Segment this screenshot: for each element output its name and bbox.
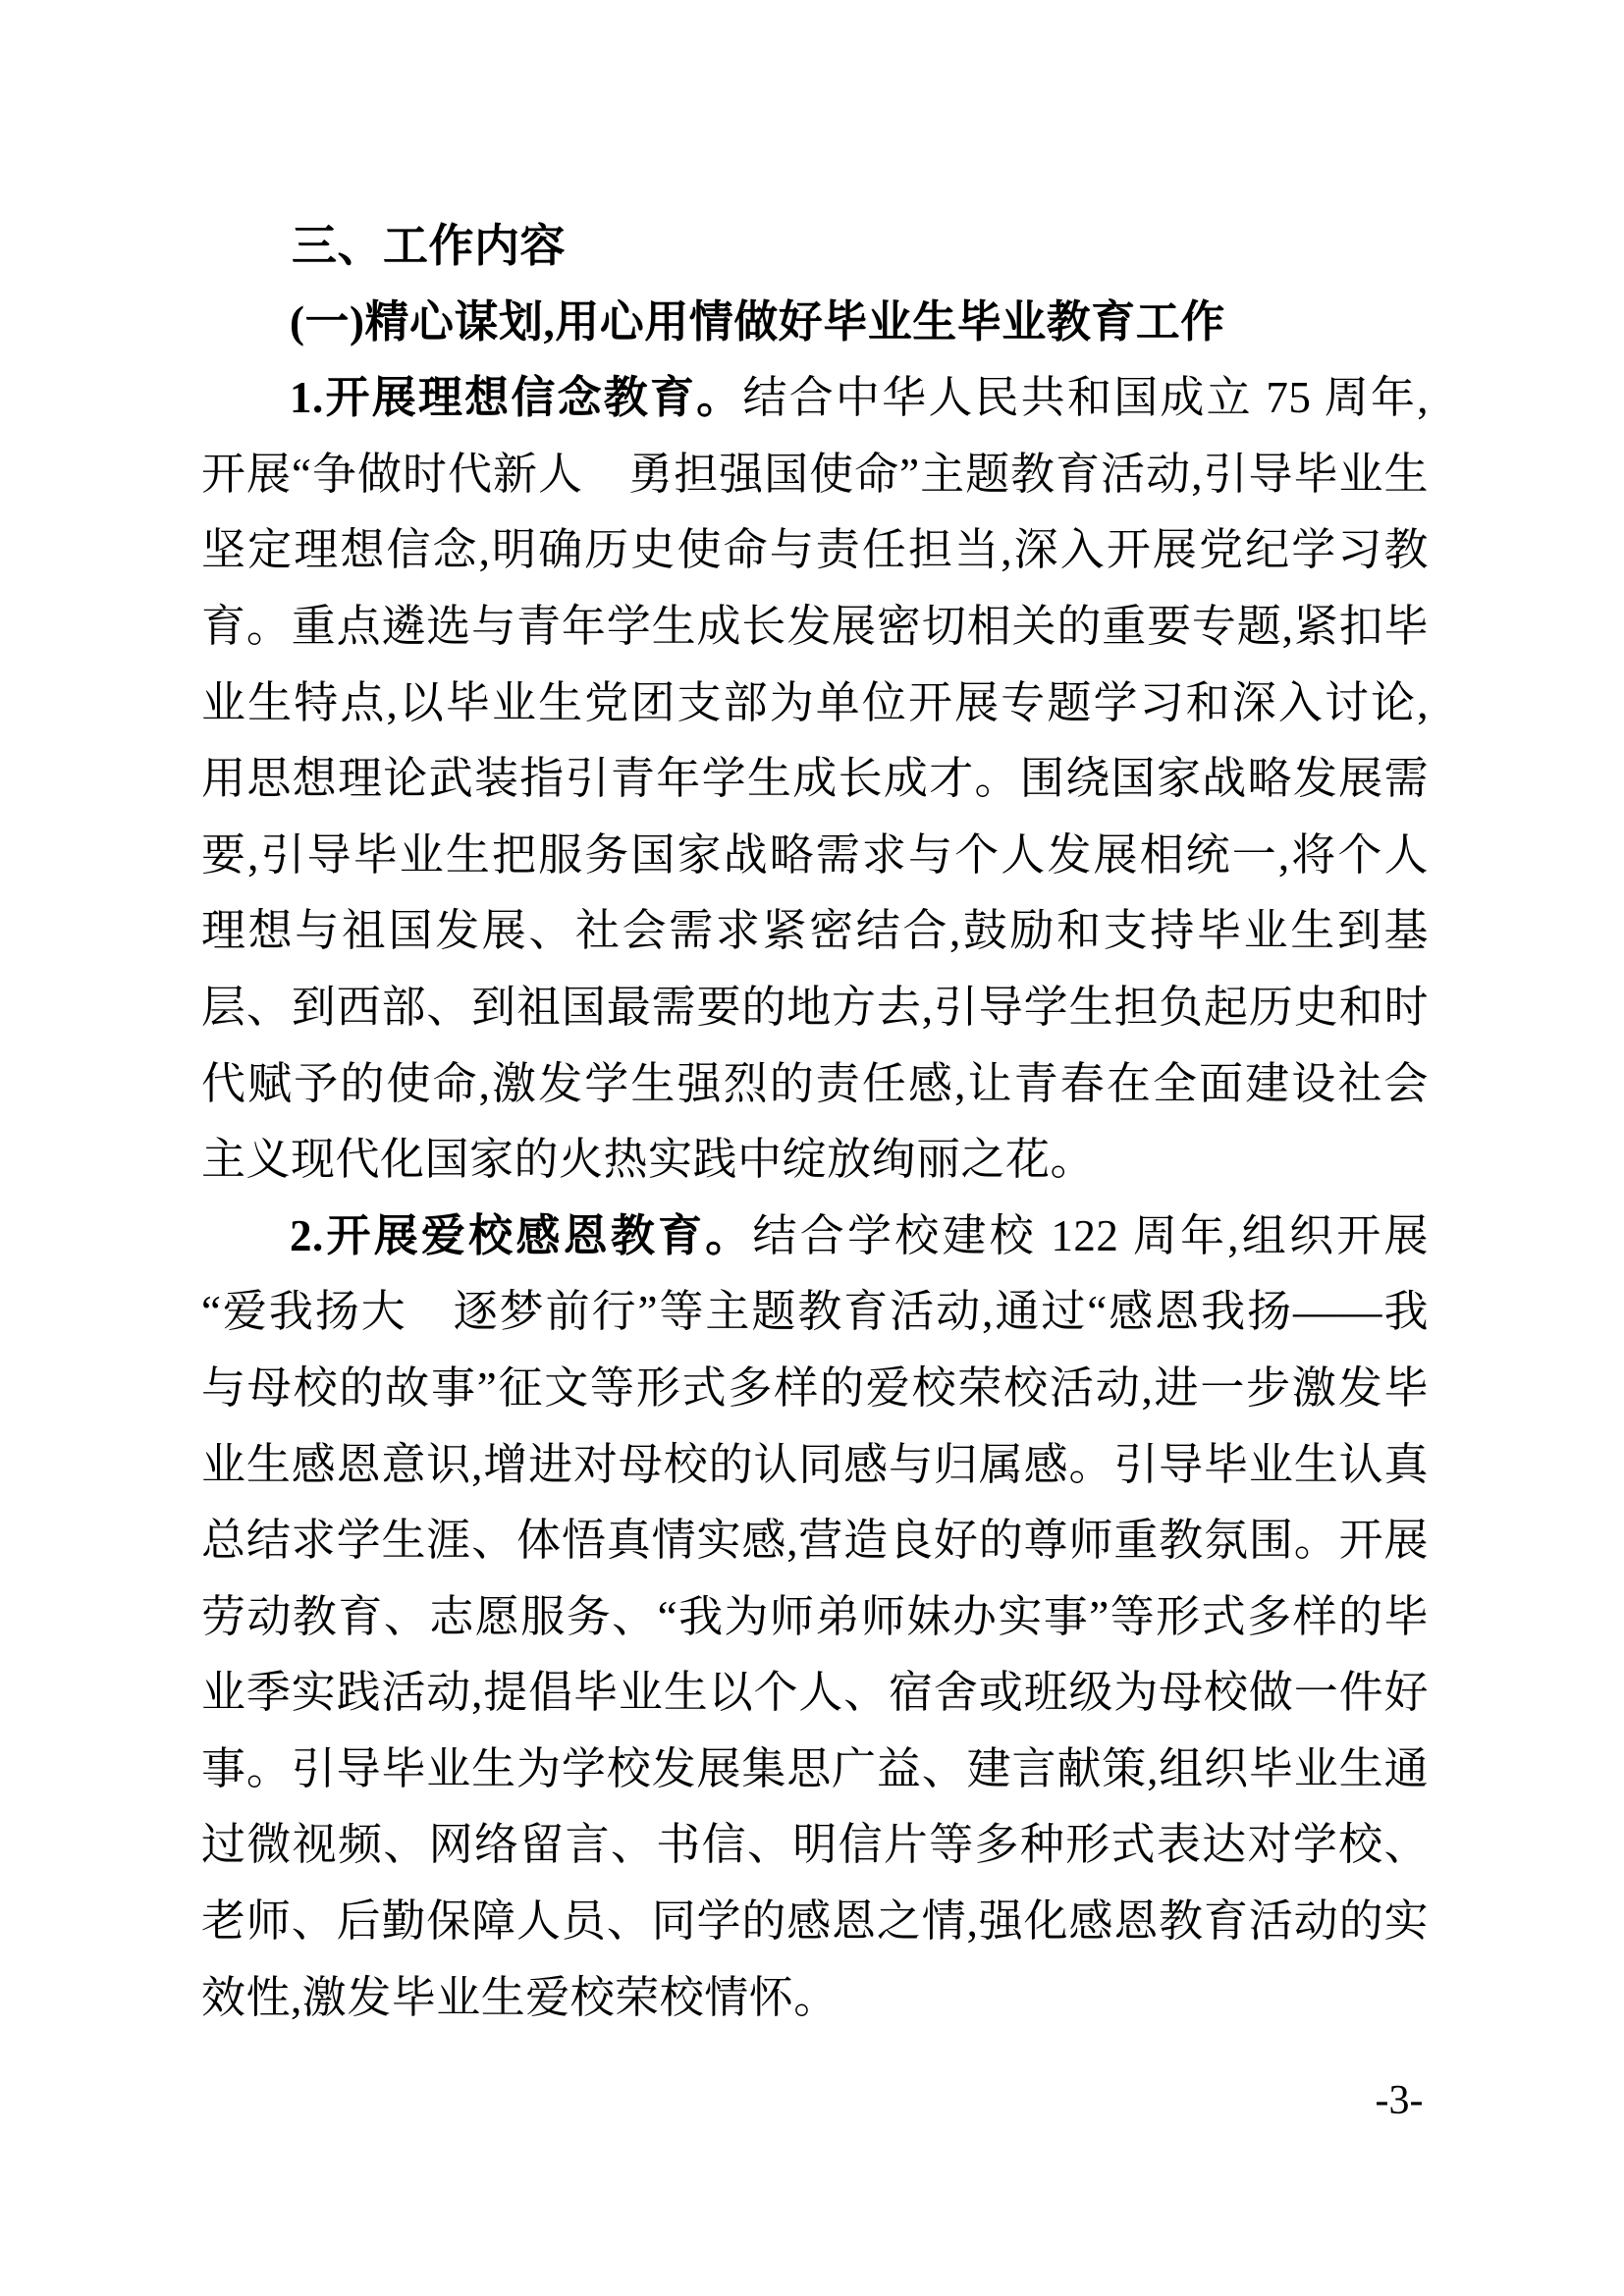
paragraph-2-lead: 2.开展爱校感恩教育。 (290, 1211, 753, 1260)
section-heading: 三、工作内容 (201, 208, 1429, 285)
document-body: 三、工作内容 (一)精心谋划,用心用情做好毕业生毕业教育工作 1.开展理想信念教… (201, 208, 1429, 2036)
page-number: -3- (1340, 2077, 1458, 2124)
paragraph-gratitude-education: 2.开展爱校感恩教育。结合学校建校 122 周年,组织开展“爱我扬大 逐梦前行”… (201, 1199, 1429, 2037)
paragraph-1-text: 结合中华人民共和国成立 75 周年,开展“争做时代新人 勇担强国使命”主题教育活… (201, 373, 1429, 1184)
subsection-heading: (一)精心谋划,用心用情做好毕业生毕业教育工作 (201, 285, 1429, 361)
document-page: 三、工作内容 (一)精心谋划,用心用情做好毕业生毕业教育工作 1.开展理想信念教… (0, 0, 1624, 2296)
paragraph-1-lead: 1.开展理想信念教育。 (290, 373, 742, 422)
paragraph-2-text: 结合学校建校 122 周年,组织开展“爱我扬大 逐梦前行”等主题教育活动,通过“… (201, 1211, 1429, 2022)
paragraph-ideal-belief-education: 1.开展理想信念教育。结合中华人民共和国成立 75 周年,开展“争做时代新人 勇… (201, 360, 1429, 1199)
